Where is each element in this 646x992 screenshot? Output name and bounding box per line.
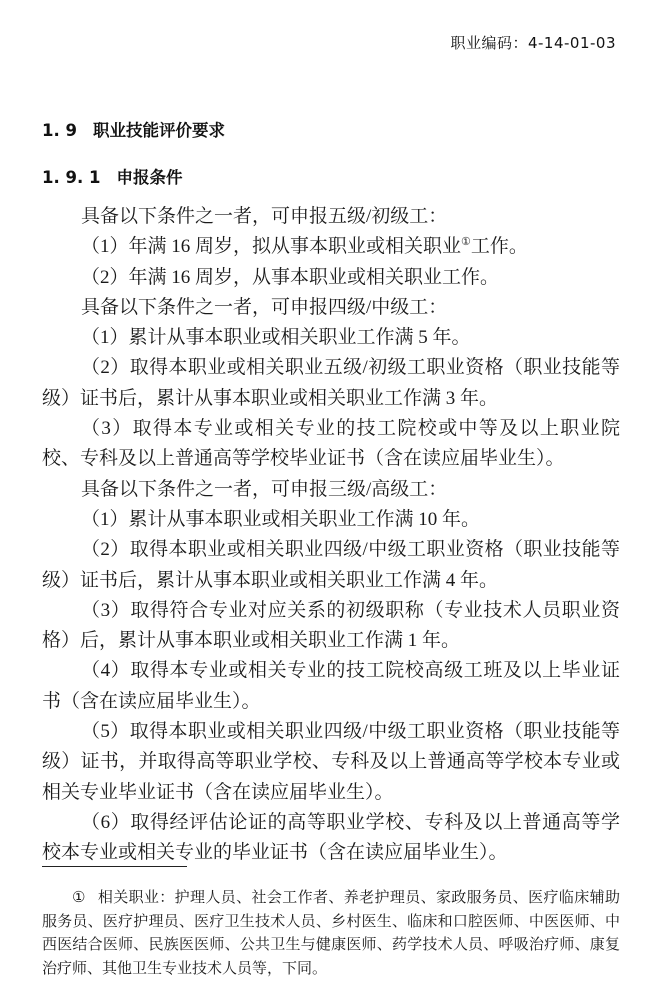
paragraph-level3-item3: （3）取得符合专业对应关系的初级职称（专业技术人员职业资格）后，累计从事本职业或…	[42, 596, 620, 657]
occupation-code: 职业编码：4-14-01-03	[450, 32, 616, 53]
paragraph-level4-item3: （3）取得本专业或相关专业的技工院校或中等及以上职业院校、专科及以上普通高等学校…	[42, 414, 620, 475]
paragraph-level3-item5: （5）取得本职业或相关职业四级/中级工职业资格（职业技能等级）证书，并取得高等职…	[42, 717, 620, 808]
section-number: 1. 9	[42, 121, 77, 140]
paragraph-level4-item1: （1）累计从事本职业或相关职业工作满 5 年。	[42, 323, 620, 353]
footnote: ①相关职业：护理人员、社会工作者、养老护理员、家政服务员、医疗临床辅助服务员、医…	[42, 887, 620, 981]
section-title: 职业技能评价要求	[93, 121, 225, 140]
footnote-reference[interactable]: ①	[461, 236, 471, 248]
section-heading: 1. 9职业技能评价要求	[42, 117, 225, 141]
subsection-title: 申报条件	[116, 168, 182, 187]
paragraph-level3-item1: （1）累计从事本职业或相关职业工作满 10 年。	[42, 505, 620, 535]
paragraph-level3-item4: （4）取得本专业或相关专业的技工院校高级工班及以上毕业证书（含在读应届毕业生）。	[42, 656, 620, 717]
body-text: 具备以下条件之一者，可申报五级/初级工： （1）年满 16 周岁，拟从事本职业或…	[42, 202, 620, 869]
paragraph-level3-item6: （6）取得经评估论证的高等职业学校、专科及以上普通高等学校本专业或相关专业的毕业…	[42, 808, 620, 869]
footnote-divider	[42, 866, 187, 867]
paragraph-level5-item1: （1）年满 16 周岁，拟从事本职业或相关职业①工作。	[42, 232, 620, 262]
paragraph-level4-intro: 具备以下条件之一者，可申报四级/中级工：	[42, 293, 620, 323]
footnote-text: 相关职业：护理人员、社会工作者、养老护理员、家政服务员、医疗临床辅助服务员、医疗…	[42, 890, 620, 977]
paragraph-level5-intro: 具备以下条件之一者，可申报五级/初级工：	[42, 202, 620, 232]
paragraph-level4-item2: （2）取得本职业或相关职业五级/初级工职业资格（职业技能等级）证书后，累计从事本…	[42, 353, 620, 414]
footnote-mark: ①	[72, 890, 86, 906]
paragraph-level3-intro: 具备以下条件之一者，可申报三级/高级工：	[42, 475, 620, 505]
subsection-heading: 1. 9. 1申报条件	[42, 164, 182, 188]
paragraph-level5-item2: （2）年满 16 周岁，从事本职业或相关职业工作。	[42, 263, 620, 293]
subsection-number: 1. 9. 1	[42, 168, 100, 187]
paragraph-level3-item2: （2）取得本职业或相关职业四级/中级工职业资格（职业技能等级）证书后，累计从事本…	[42, 535, 620, 596]
